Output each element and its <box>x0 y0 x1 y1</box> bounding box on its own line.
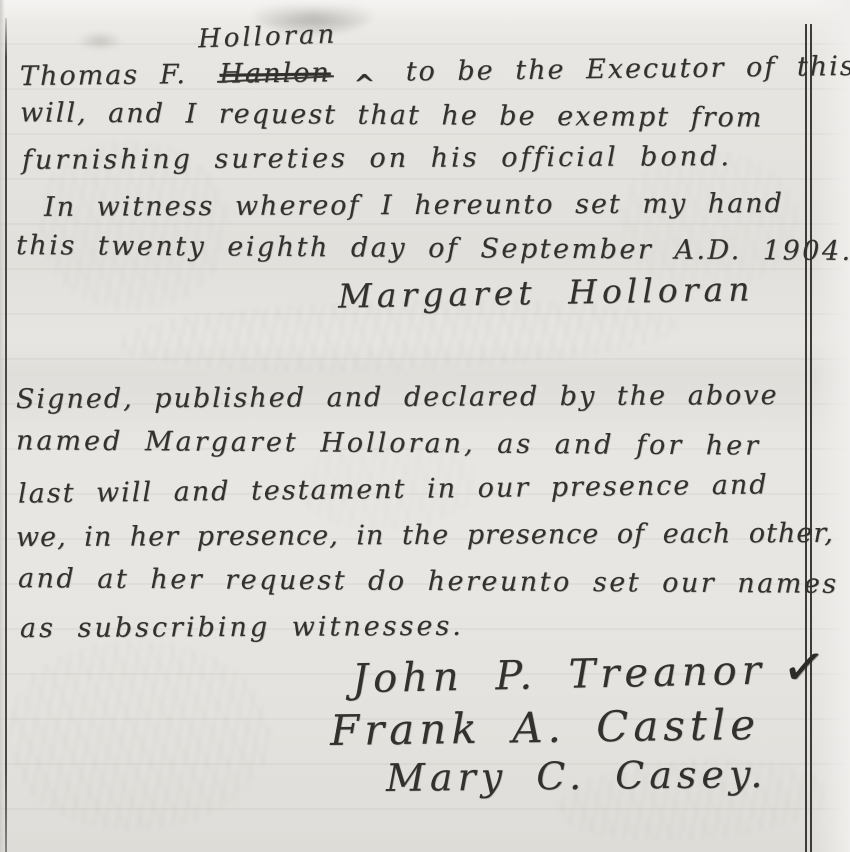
paper-smudge <box>70 28 130 54</box>
inserted-name: Holloran <box>198 20 338 55</box>
attestation-line: as subscribing witnesses. <box>20 611 464 644</box>
witness-signature: Mary C. Casey. <box>386 752 768 800</box>
attestation-line: and at her request do hereunto set our n… <box>18 563 839 600</box>
attestation-line: Signed, published and declared by the ab… <box>16 380 779 415</box>
right-double-rule <box>805 24 813 852</box>
struck-name: Hanlon <box>219 57 331 89</box>
insertion-caret-mark: ^ <box>353 70 375 100</box>
testator-signature: Margaret Holloran <box>338 269 755 315</box>
will-text-line: will, and I request that he be exempt fr… <box>20 97 764 133</box>
attestation-line: we, in her presence, in the presence of … <box>16 518 834 553</box>
scan-edge-highlight <box>812 0 850 852</box>
line1-suffix: to be the Executor of this <box>406 51 850 87</box>
attestation-line: named Margaret Holloran, as and for her <box>16 425 761 461</box>
check-mark: ✓ <box>779 636 829 700</box>
witness-signature: Frank A. Castle <box>330 700 761 755</box>
line1-prefix: Thomas F. <box>20 59 187 92</box>
scan-edge-highlight <box>0 0 850 22</box>
witness-signature: John P. Treanor <box>352 648 767 703</box>
left-margin-rule <box>5 18 7 852</box>
scanned-will-page: Holloran Thomas F. Hanlon ^ to be the Ex… <box>0 0 850 852</box>
will-text-line: furnishing sureties on his official bond… <box>22 141 732 176</box>
will-text-line: In witness whereof I hereunto set my han… <box>44 188 784 223</box>
will-text-line: this twenty eighth day of September A.D.… <box>16 230 850 267</box>
